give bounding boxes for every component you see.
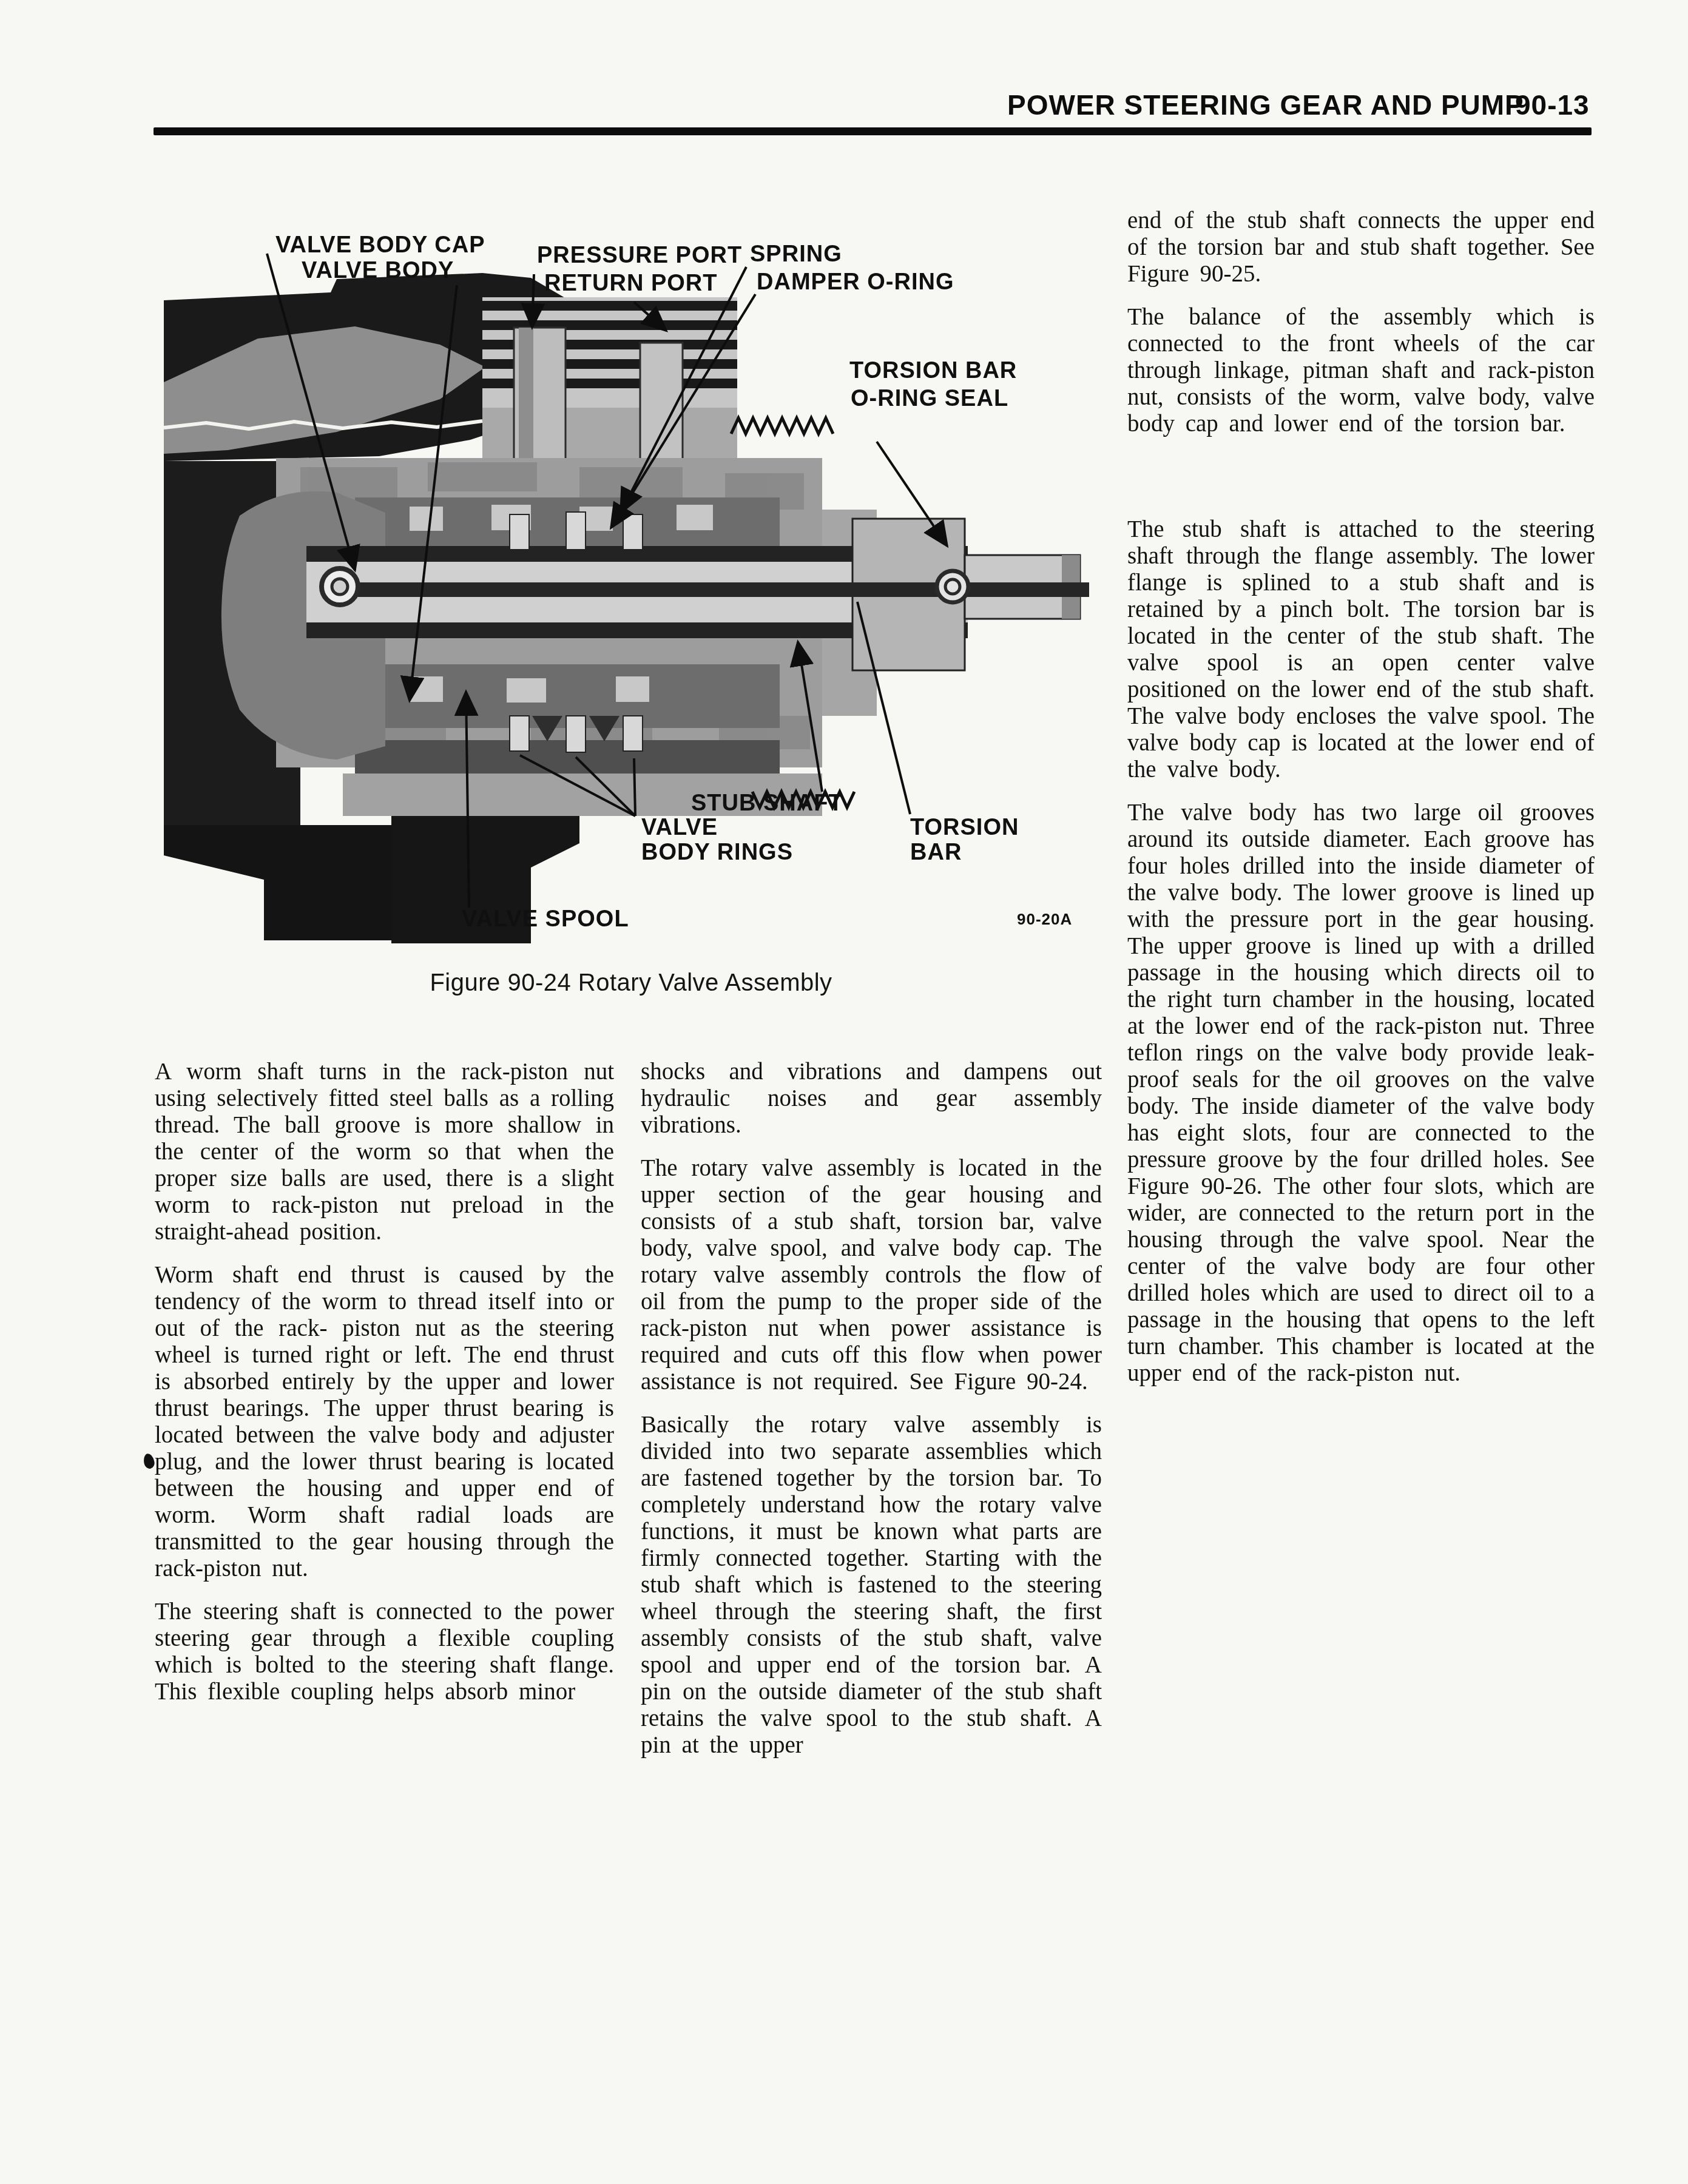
threads-upper: [731, 418, 833, 434]
label-valve-body: VALVE BODY: [302, 258, 454, 284]
text-column-left: A worm shaft turns in the rack-piston nu…: [155, 1059, 614, 1722]
paragraph: Basically the rotary valve assembly is d…: [641, 1412, 1102, 1759]
text-column-right: end of the stub shaft connects the upper…: [1127, 207, 1595, 1403]
paragraph: A worm shaft turns in the rack-piston nu…: [155, 1059, 614, 1245]
label-valve-body-rings-1: VALVE: [641, 815, 718, 841]
torsion-bar-core: [331, 582, 1089, 597]
valve-body-ring-studs-bottom: [510, 716, 643, 752]
text-column-middle: shocks and vibrations and dampens out hy…: [641, 1059, 1102, 1775]
paragraph: shocks and vibrations and dampens out hy…: [641, 1059, 1102, 1139]
label-valve-body-cap: VALVE BODY CAP: [275, 232, 485, 258]
cap-end-ring-inner: [332, 579, 348, 595]
figure-reference-code: 90-20A: [1017, 910, 1072, 929]
label-stub-shaft: STUB SHAFT: [691, 790, 843, 817]
label-torsion-bar-2: BAR: [910, 840, 962, 866]
stub-shaft-hole: [937, 571, 968, 602]
ink-artifact: [143, 1453, 156, 1470]
paragraph: The valve body has two large oil grooves…: [1127, 800, 1595, 1387]
label-pressure-port: PRESSURE PORT: [537, 243, 742, 269]
paragraph: The rotary valve assembly is located in …: [641, 1155, 1102, 1395]
housing-bottom-left: [164, 825, 391, 940]
figure-caption: Figure 90-24 Rotary Valve Assembly: [155, 969, 1107, 997]
label-valve-body-rings-2: BODY RINGS: [641, 840, 793, 866]
rotary-valve-cross-section-illustration: [155, 182, 1107, 1007]
label-spring: SPRING: [750, 241, 842, 268]
valve-body-ring-studs-top: [510, 512, 643, 550]
label-torsion-bar-1: TORSION: [910, 815, 1019, 841]
paragraph: The stub shaft is attached to the steeri…: [1127, 516, 1595, 783]
header-rule: [154, 127, 1592, 135]
paragraph: Worm shaft end thrust is caused by the t…: [155, 1262, 614, 1582]
paragraph: The balance of the assembly which is con…: [1127, 304, 1595, 437]
figure-rotary-valve-assembly: VALVE BODY CAP VALVE BODY PRESSURE PORT …: [155, 182, 1107, 1007]
label-damper-o-ring: DAMPER O-RING: [757, 269, 954, 295]
page-header-title: POWER STEERING GEAR AND PUMP: [1007, 89, 1524, 121]
page-number: 90-13: [1515, 89, 1590, 121]
label-torsion-bar-seal-1: TORSION BAR: [849, 358, 1017, 384]
label-torsion-bar-seal-2: O-RING SEAL: [851, 386, 1008, 412]
label-return-port: RETURN PORT: [544, 271, 717, 297]
paragraph: The steering shaft is connected to the p…: [155, 1599, 614, 1705]
leader-valve-rings-3: [634, 758, 635, 816]
label-valve-spool: VALVE SPOOL: [462, 906, 629, 932]
paragraph: end of the stub shaft connects the upper…: [1127, 207, 1595, 288]
